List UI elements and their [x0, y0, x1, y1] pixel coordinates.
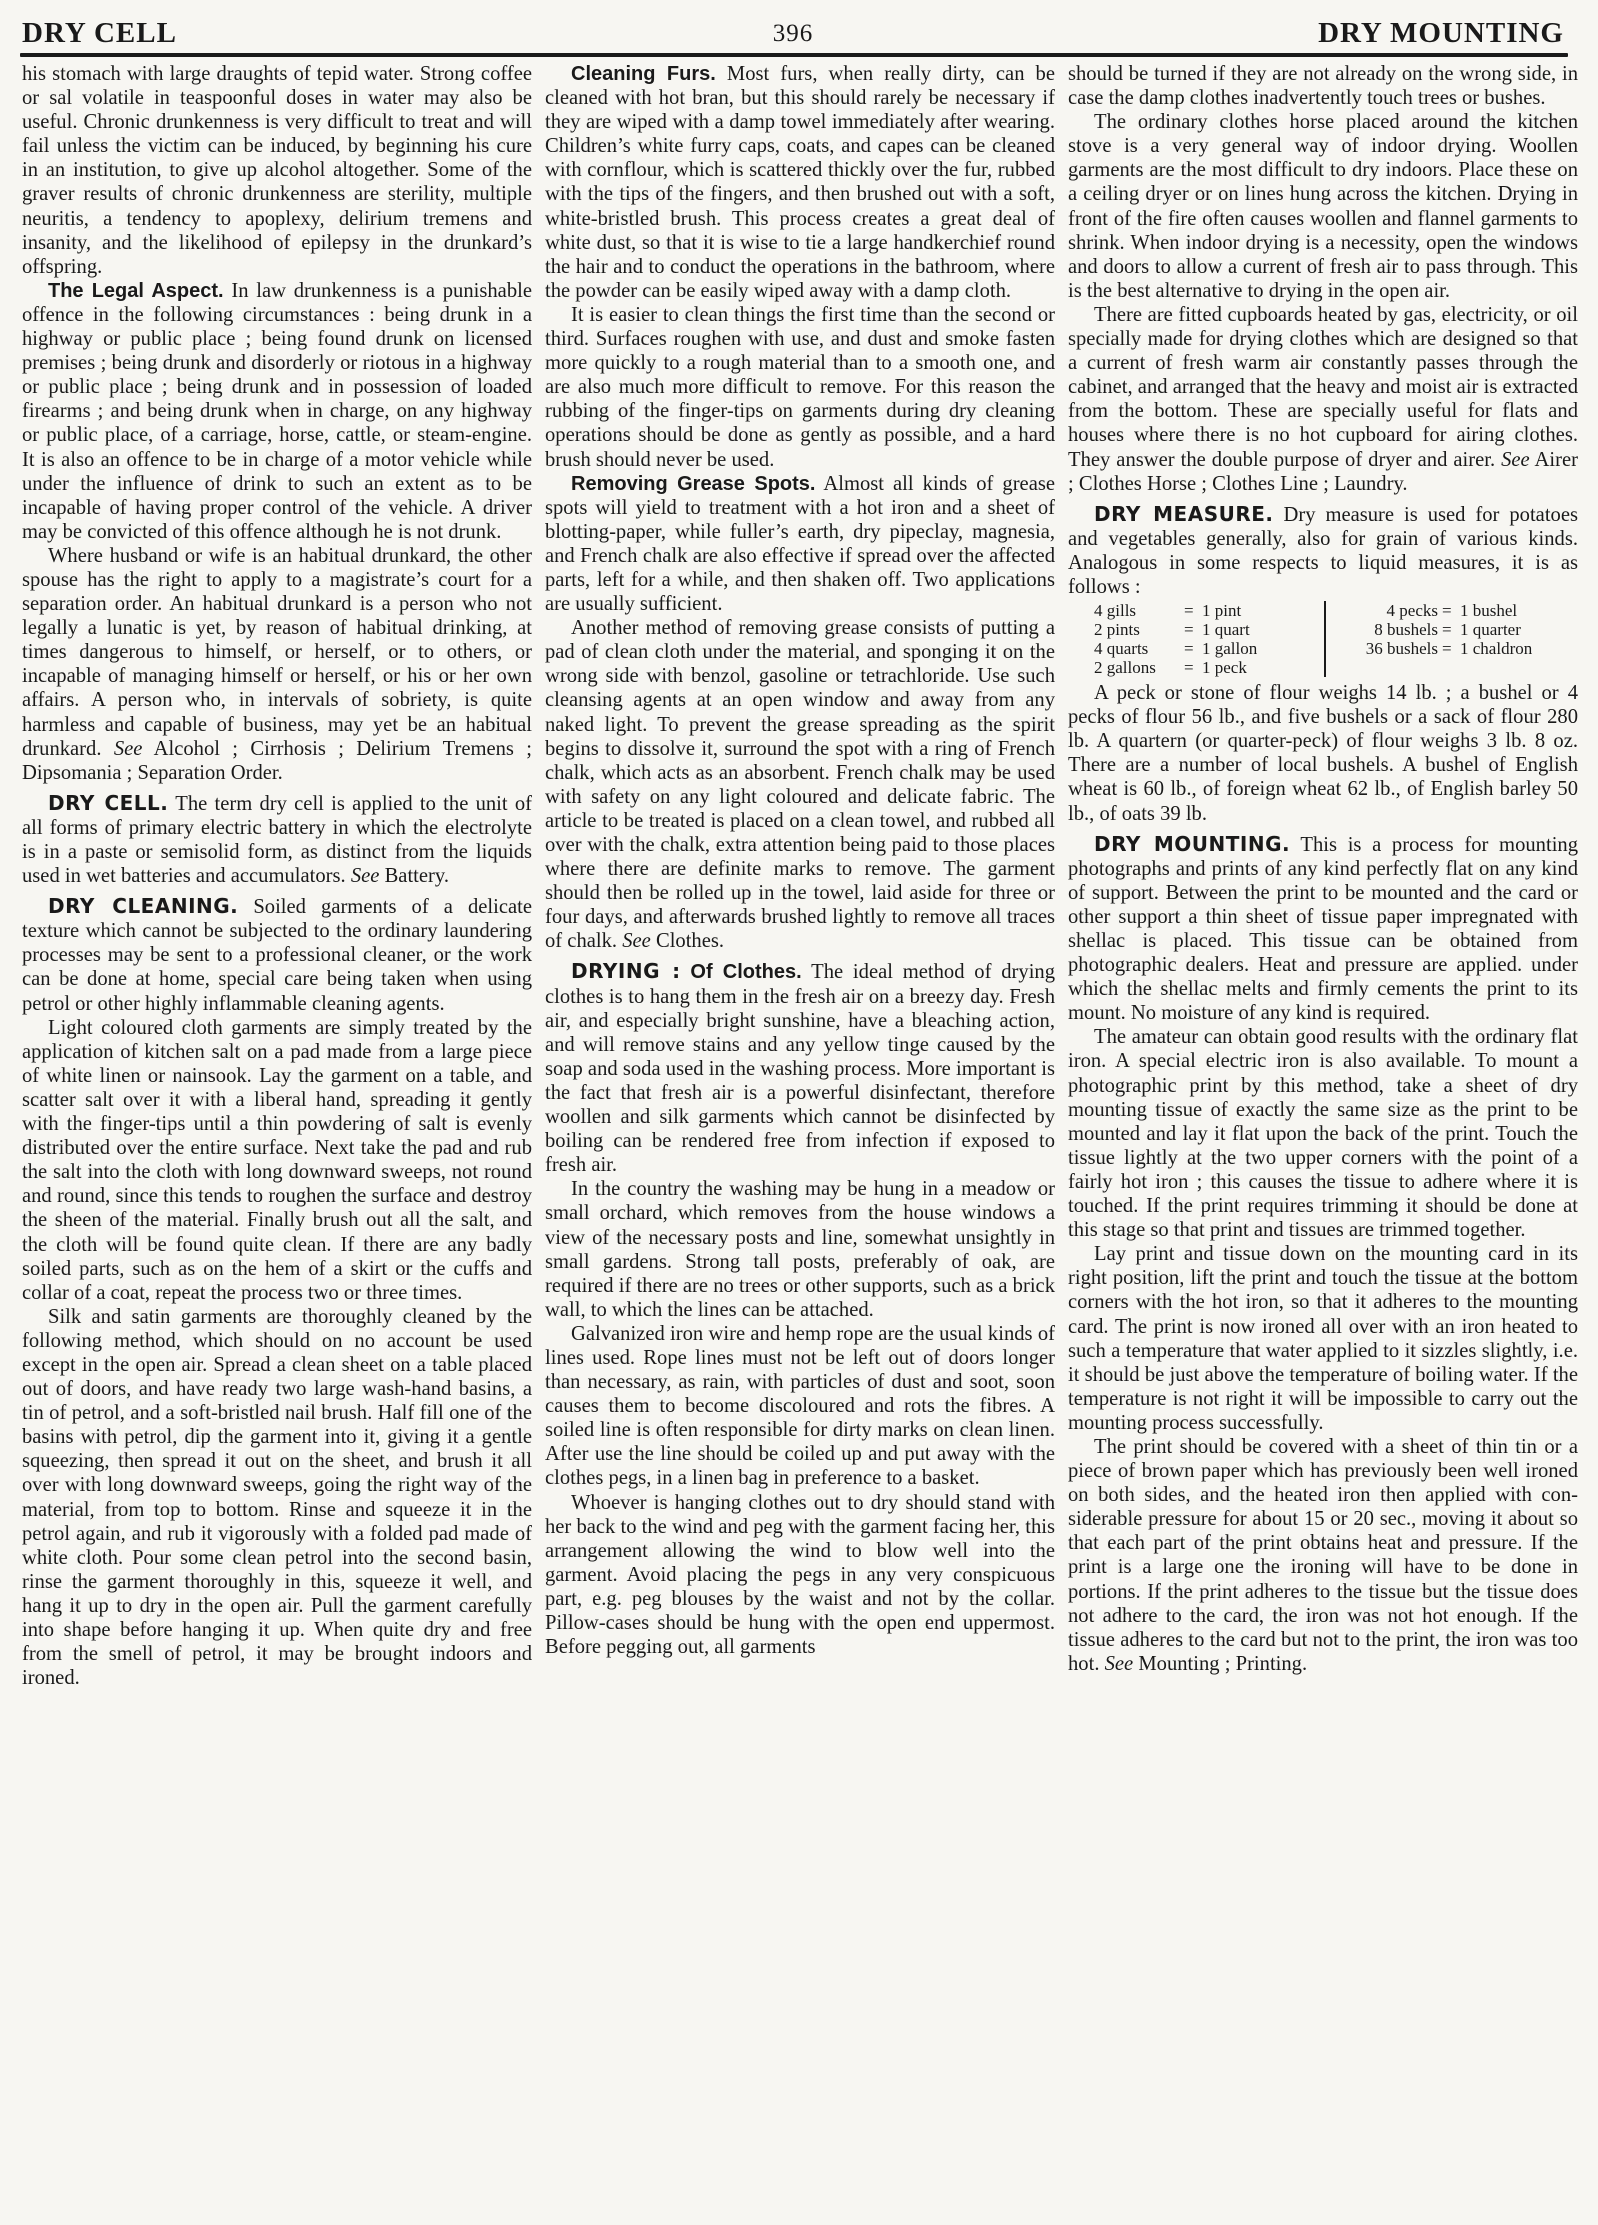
measure-quantity: 4 gills	[1094, 601, 1184, 620]
measure-value: 1 pint	[1202, 601, 1241, 620]
page-number: 396	[773, 20, 814, 48]
entry-subheading-of-clothes: Of Clothes.	[690, 961, 801, 983]
paragraph-cleaning-furs: Cleaning Furs. Most furs, when really di…	[545, 62, 1055, 303]
measure-row: 8 bushels=1 quarter	[1348, 620, 1532, 639]
header-right-entry: DRY MOUNTING	[1318, 17, 1564, 50]
equals-sign: =	[1442, 601, 1460, 620]
equals-sign: =	[1442, 639, 1460, 658]
paragraph: A peck or stone of flour weighs 14 lb. ;…	[1068, 681, 1578, 826]
measure-quantity: 4 pecks	[1348, 601, 1442, 620]
cross-reference: Clothes.	[656, 930, 724, 952]
header-left-entry: DRY CELL	[22, 17, 177, 50]
measure-value: 1 bushel	[1460, 601, 1517, 620]
paragraph-text: There are fitted cupboards heated by gas…	[1068, 304, 1578, 471]
equals-sign: =	[1442, 620, 1460, 639]
paragraph: The ordinary clothes horse placed around…	[1068, 110, 1578, 303]
see-label: See	[1501, 449, 1530, 471]
paragraph-text: Most furs, when really dirty, can be cle…	[545, 63, 1055, 302]
equals-sign: =	[1184, 601, 1202, 620]
entry-heading-dry-measure: DRY MEASURE.	[1094, 502, 1274, 526]
measure-value: 1 quarter	[1460, 620, 1521, 639]
measure-value: 1 quart	[1202, 620, 1250, 639]
paragraph-text: The print should be covered with a sheet…	[1068, 1436, 1578, 1675]
paragraph: The amateur can obtain good results with…	[1068, 1025, 1578, 1242]
paragraph-grease-spots: Removing Grease Spots. Almost all kinds …	[545, 472, 1055, 617]
paragraph-text: In law drunkenness is a punishable offen…	[22, 280, 532, 543]
measure-row: 2 gallons=1 peck	[1094, 658, 1316, 677]
measure-row: 4 quarts=1 gallon	[1094, 639, 1316, 658]
measure-value: 1 peck	[1202, 658, 1247, 677]
column-1: his stomach with large draughts of tepid…	[22, 62, 532, 1690]
entry-heading-dry-cleaning: DRY CLEANING.	[48, 894, 238, 918]
dry-measure-table: 4 gills=1 pint 2 pints=1 quart 4 quarts=…	[1094, 601, 1578, 677]
paragraph: It is easier to clean things the first t…	[545, 303, 1055, 472]
paragraph: Silk and satin garments are thoroughly c…	[22, 1305, 532, 1691]
paragraph: should be turned if they are not already…	[1068, 62, 1578, 110]
cross-references: Mounting ; Printing.	[1138, 1653, 1307, 1675]
paragraph: Galvanized iron wire and hemp rope are t…	[545, 1322, 1055, 1491]
paragraph-text: Another method of removing grease consis…	[545, 617, 1055, 952]
entry-heading-drying: DRYING :	[571, 959, 681, 983]
text-columns: his stomach with large draughts of tepid…	[22, 62, 1578, 1690]
paragraph: Light coloured cloth garments are simply…	[22, 1016, 532, 1305]
measure-quantity: 4 quarts	[1094, 639, 1184, 658]
entry-drying: DRYING : Of Clothes. The ideal method of…	[545, 959, 1055, 1177]
measure-quantity: 8 bushels	[1348, 620, 1442, 639]
see-label: See	[114, 738, 143, 760]
measure-quantity: 2 pints	[1094, 620, 1184, 639]
measure-row: 4 pecks=1 bushel	[1348, 601, 1532, 620]
measure-value: 1 chaldron	[1460, 639, 1532, 658]
paragraph: his stomach with large draughts of tepid…	[22, 62, 532, 279]
column-2: Cleaning Furs. Most furs, when really di…	[545, 62, 1055, 1690]
equals-sign: =	[1184, 658, 1202, 677]
entry-dry-cell: DRY CELL. The term dry cell is applied t…	[22, 791, 532, 888]
paragraph-text: This is a process for mounting photograp…	[1068, 834, 1578, 1025]
paragraph-another-method: Another method of removing grease consis…	[545, 616, 1055, 953]
paragraph-legal-aspect: The Legal Aspect. In law drunkenness is …	[22, 279, 532, 544]
paragraph-text: The ideal method of drying clothes is to…	[545, 961, 1055, 1176]
measure-table-left: 4 gills=1 pint 2 pints=1 quart 4 quarts=…	[1094, 601, 1326, 677]
measure-quantity: 2 gallons	[1094, 658, 1184, 677]
column-3: should be turned if they are not already…	[1068, 62, 1578, 1690]
paragraph-habitual-drunkard: Where husband or wife is an habitual dru…	[22, 544, 532, 785]
see-label: See	[622, 930, 651, 952]
entry-dry-measure: DRY MEASURE. Dry measure is used for pot…	[1068, 502, 1578, 599]
subheading-legal-aspect: The Legal Aspect.	[48, 280, 224, 302]
measure-row: 36 bushels=1 chaldron	[1348, 639, 1532, 658]
paragraph-cover-print: The print should be covered with a sheet…	[1068, 1435, 1578, 1676]
subheading-removing-grease-spots: Removing Grease Spots.	[571, 473, 815, 495]
see-label: See	[1105, 1653, 1134, 1675]
encyclopedia-page: DRY CELL 396 DRY MOUNTING his stomach wi…	[0, 0, 1598, 2225]
equals-sign: =	[1184, 620, 1202, 639]
see-label: See	[351, 865, 380, 887]
cross-reference: Battery.	[385, 865, 449, 887]
entry-dry-mounting: DRY MOUNTING. This is a process for moun…	[1068, 832, 1578, 1026]
header-rule	[20, 53, 1568, 57]
running-head: DRY CELL 396 DRY MOUNTING	[22, 6, 1564, 50]
entry-dry-cleaning: DRY CLEANING. Soiled garments of a delic…	[22, 894, 532, 1015]
subheading-cleaning-furs: Cleaning Furs.	[571, 63, 716, 85]
paragraph: Whoever is hanging clothes out to dry sh…	[545, 1491, 1055, 1660]
paragraph-text: Where husband or wife is an habitual dru…	[22, 545, 532, 760]
measure-value: 1 gallon	[1202, 639, 1257, 658]
paragraph: In the country the washing may be hung i…	[545, 1177, 1055, 1322]
measure-row: 4 gills=1 pint	[1094, 601, 1316, 620]
paragraph-cupboards: There are fitted cupboards heated by gas…	[1068, 303, 1578, 496]
equals-sign: =	[1184, 639, 1202, 658]
entry-heading-dry-cell: DRY CELL.	[48, 791, 168, 815]
paragraph: Lay print and tissue down on the mountin…	[1068, 1242, 1578, 1435]
measure-table-right: 4 pecks=1 bushel 8 bushels=1 quarter 36 …	[1326, 601, 1532, 677]
measure-quantity: 36 bushels	[1348, 639, 1442, 658]
entry-heading-dry-mounting: DRY MOUNTING.	[1094, 832, 1290, 856]
measure-row: 2 pints=1 quart	[1094, 620, 1316, 639]
